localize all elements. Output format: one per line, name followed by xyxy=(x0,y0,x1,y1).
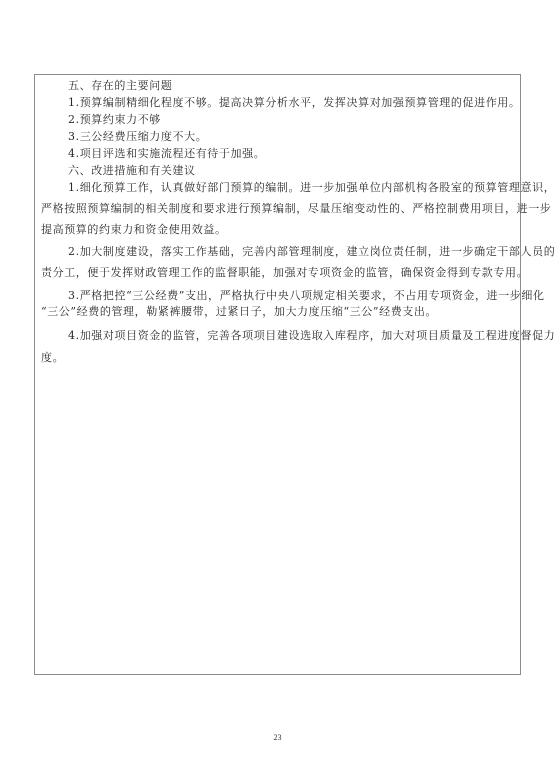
section-5-heading: 五、存在的主要问题 xyxy=(68,79,172,93)
section-5-item-2: 2.预算约束力不够 xyxy=(68,113,161,127)
section-6-para-3-line-2: “三公”经费的管理，勒紧裤腰带，过紧日子，加大力度压缩“三公”经费支出。 xyxy=(41,305,437,319)
section-6-para-2-line-2: 责分工，便于发挥财政管理工作的监督职能，加强对专项资金的监管，确保资金得到专款专… xyxy=(41,266,528,280)
section-6-para-1-line-1: 1.细化预算工作，认真做好部门预算的编制。进一步加强单位内部机构各股室的预算管理… xyxy=(68,181,555,195)
section-6-para-3-line-1: 3.严格把控“三公经费”支出，严格执行中央八项规定相关要求，不占用专项资金，进一… xyxy=(68,289,545,303)
section-6-para-4-line-1: 4.加强对项目资金的监管，完善各项项目建设选取入库程序，加大对项目质量及工程进度… xyxy=(68,329,555,343)
section-6-para-4-line-2: 度。 xyxy=(41,351,64,365)
section-6-para-1-line-2: 严格按照预算编制的相关制度和要求进行预算编制，尽量压缩变动性的、严格控制费用项目… xyxy=(41,202,551,216)
section-5-item-4: 4.项目评选和实施流程还有待于加强。 xyxy=(68,147,265,161)
content-box: 五、存在的主要问题 1.预算编制精细化程度不够。提高决算分析水平，发挥决算对加强… xyxy=(34,74,521,675)
section-6-para-2-line-1: 2.加大制度建设，落实工作基础，完善内部管理制度，建立岗位责任制，进一步确定干部… xyxy=(68,245,555,259)
section-6-para-1-line-3: 提高预算的约束力和资金使用效益。 xyxy=(41,223,227,237)
section-6-heading: 六、改进措施和有关建议 xyxy=(68,164,196,178)
page-number: 23 xyxy=(0,733,555,742)
section-5-item-3: 3.三公经费压缩力度不大。 xyxy=(68,130,207,144)
section-5-item-1: 1.预算编制精细化程度不够。提高决算分析水平，发挥决算对加强预算管理的促进作用。 xyxy=(68,96,521,110)
